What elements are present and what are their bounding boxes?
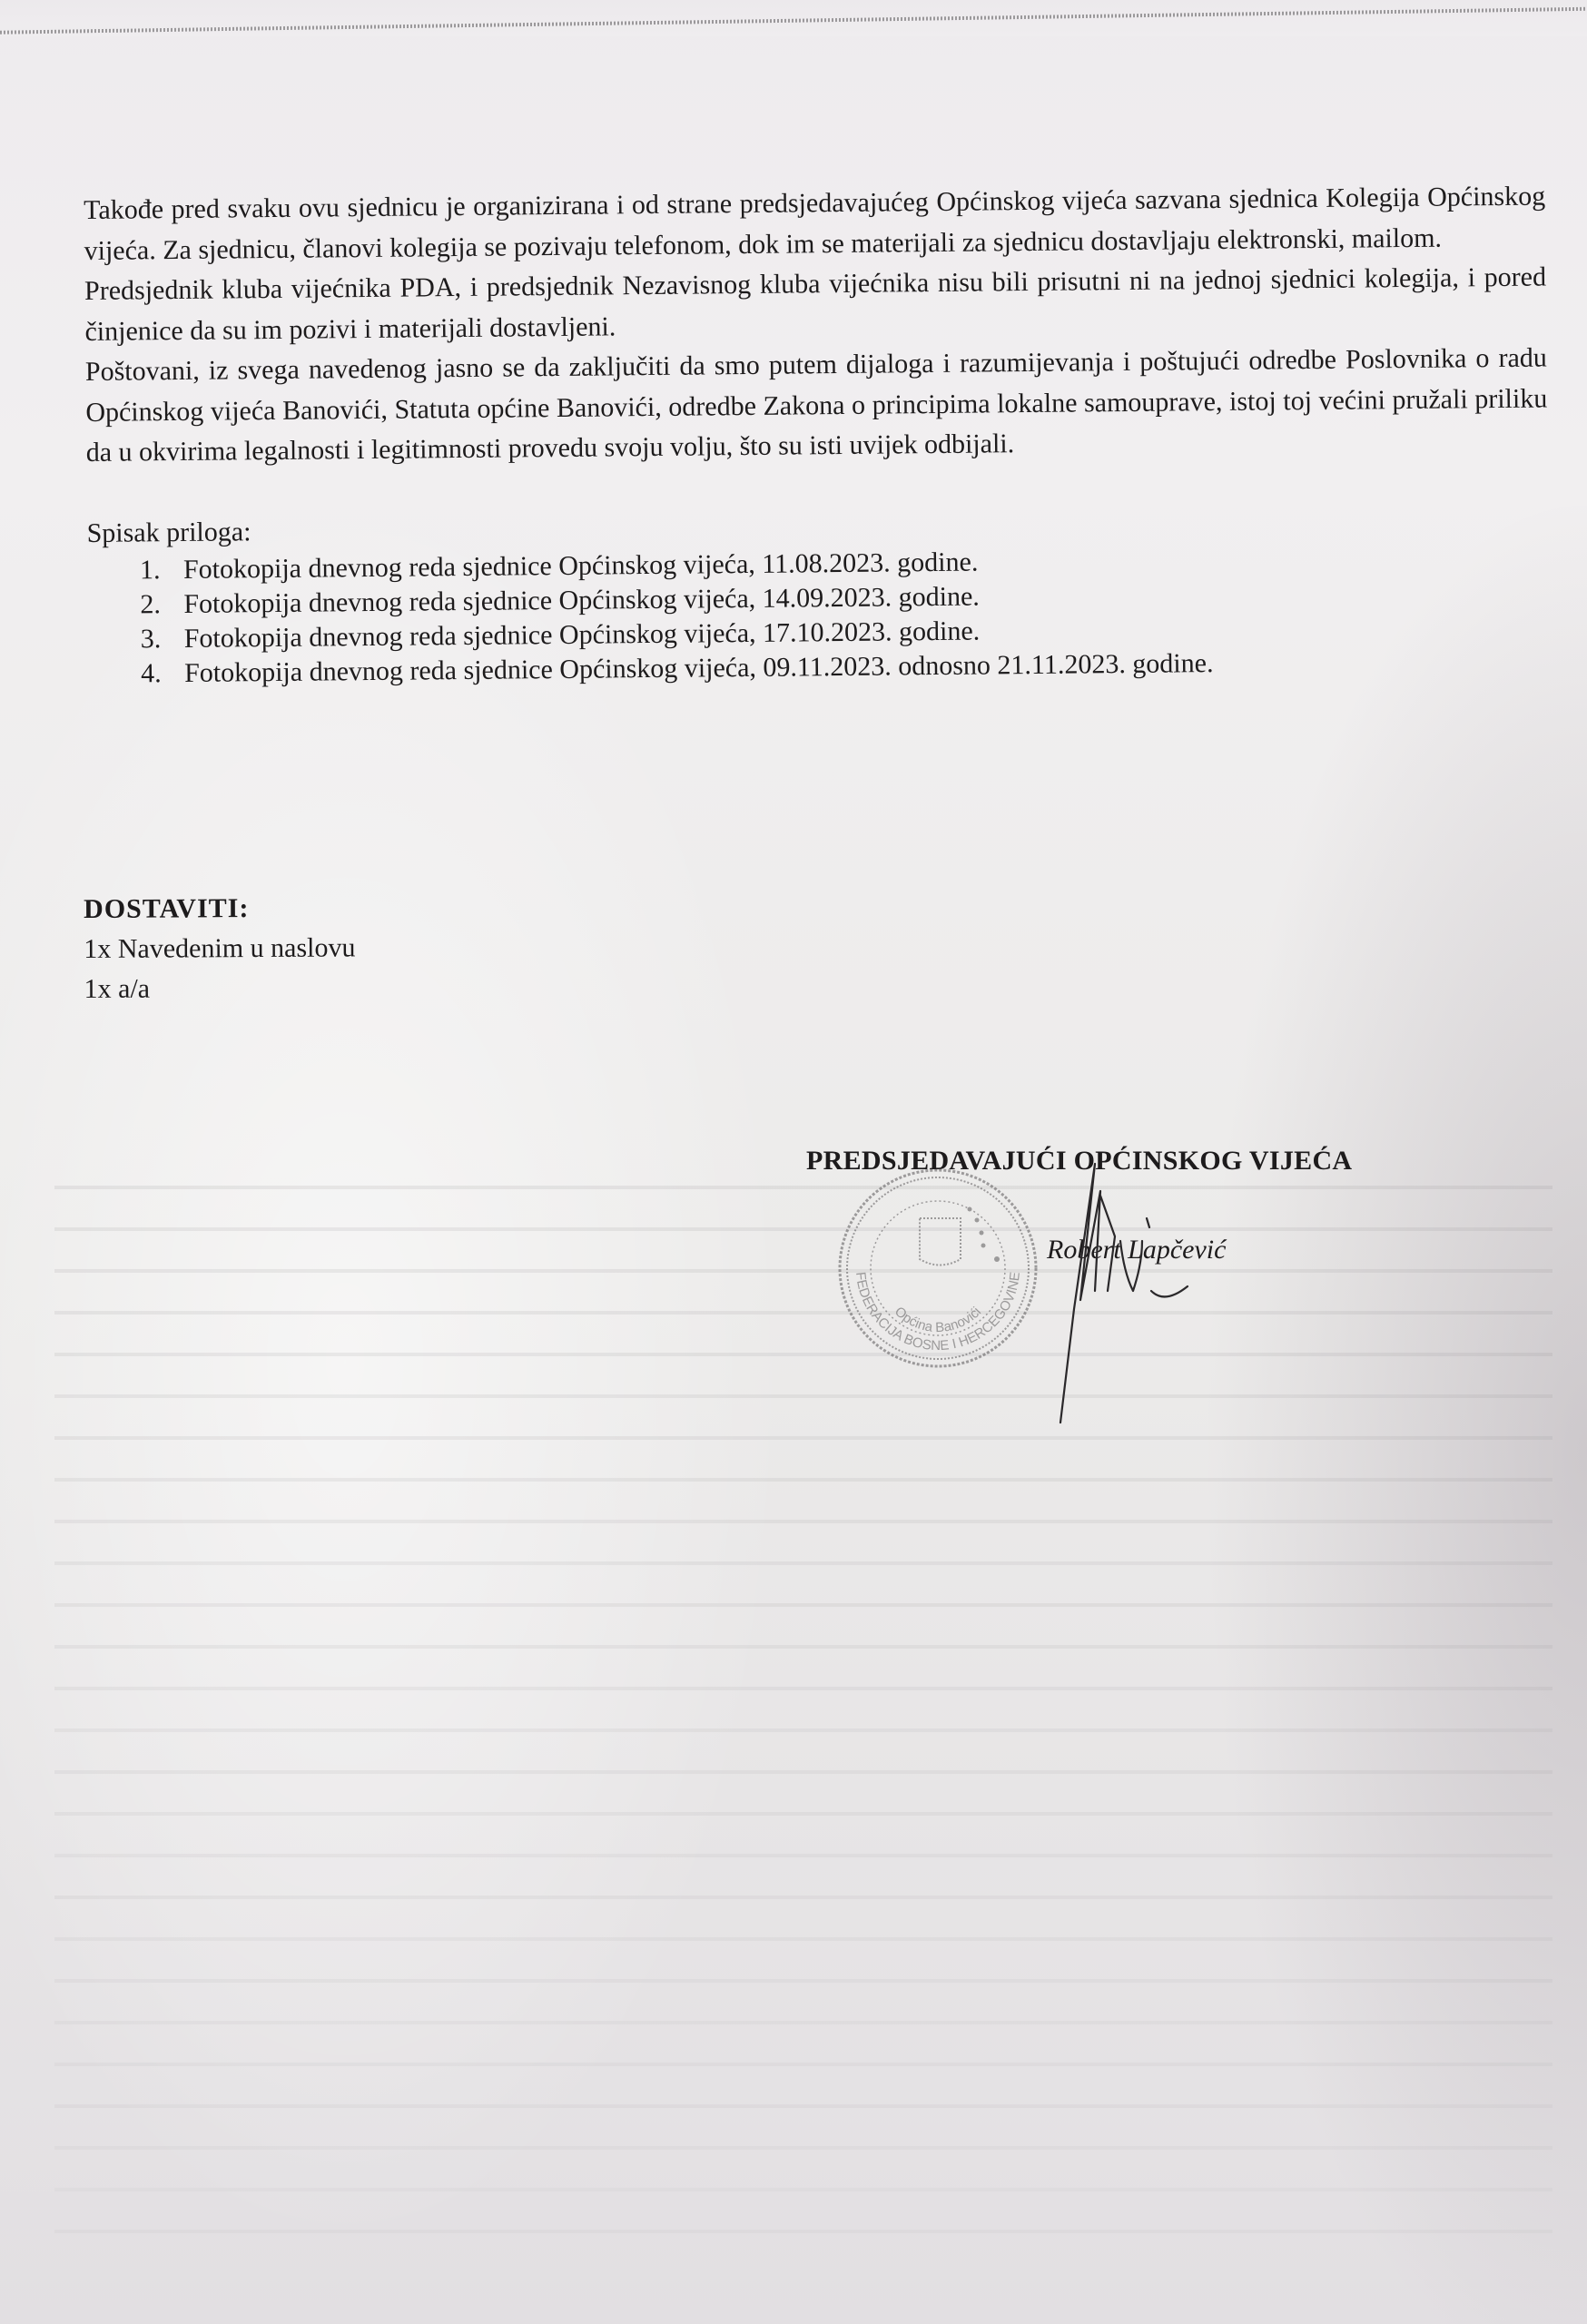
handwritten-signature-icon <box>1006 1155 1224 1427</box>
svg-text:FEDERACIJA BOSNE I HERCEGOVINE: FEDERACIJA BOSNE I HERCEGOVINE <box>853 1271 1023 1354</box>
paragraph-klubovi: Predsjednik kluba vijećnika PDA, i preds… <box>84 258 1547 352</box>
delivery-heading: DOSTAVITI: <box>84 888 355 930</box>
letter-body: Takođe pred svaku ovu sjednicu je organi… <box>84 177 1550 692</box>
attachment-number: 2. <box>140 587 183 622</box>
delivery-line: 1x Navedenim u naslovu <box>84 928 355 970</box>
attachment-number: 1. <box>140 553 183 587</box>
attachment-number: 4. <box>141 656 184 691</box>
attachment-number: 3. <box>141 622 184 656</box>
signature-block: Općina Banovići FEDERACIJA BOSNE I HERCE… <box>806 1146 1514 1418</box>
delivery-block: DOSTAVITI: 1x Navedenim u naslovu 1x a/a <box>84 888 356 1009</box>
attachments-list: 1. Fotokopija dnevnog reda sjednice Opći… <box>87 540 1550 692</box>
delivery-line: 1x a/a <box>84 968 355 1009</box>
scanned-document-page: Takođe pred svaku ovu sjednicu je organi… <box>0 0 1587 2324</box>
paragraph-zakljucak: Poštovani, iz svega navedenog jasno se d… <box>85 339 1548 474</box>
paragraph-kolegij: Takođe pred svaku ovu sjednicu je organi… <box>84 177 1546 271</box>
